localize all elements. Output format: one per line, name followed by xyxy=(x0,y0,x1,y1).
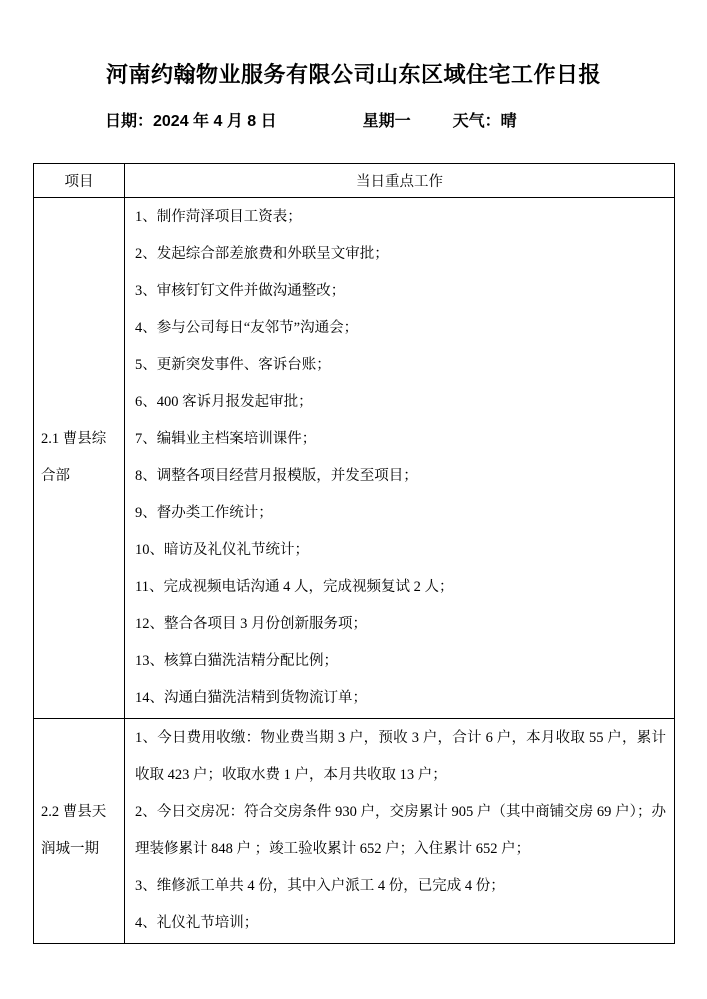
meta-line: 日期：2024 年 4 月 8 日星期一天气：晴 xyxy=(105,108,665,131)
table-header-row: 项目 当日重点工作 xyxy=(34,164,675,198)
work-item: 4、礼仪礼节培训； xyxy=(135,905,666,942)
work-item: 14、沟通白猫洗洁精到货物流订单； xyxy=(135,680,666,717)
work-item: 4、参与公司每日“友邻节”沟通会； xyxy=(135,310,666,347)
work-item: 2、今日交房况：符合交房条件 930 户，交房累计 905 户（其中商铺交房 6… xyxy=(135,794,666,868)
work-item: 7、编辑业主档案培训课件； xyxy=(135,421,666,458)
column-header-project: 项目 xyxy=(34,164,125,198)
table-row: 2.2 曹县天润城一期1、今日费用收缴：物业费当期 3 户，预收 3 户，合计 … xyxy=(34,719,675,944)
weather-label: 天气：晴 xyxy=(453,113,517,130)
weekday-label: 星期一 xyxy=(363,113,411,130)
page-title: 河南约翰物业服务有限公司山东区域住宅工作日报 xyxy=(0,58,707,89)
work-item: 11、完成视频电话沟通 4 人，完成视频复试 2 人； xyxy=(135,569,666,606)
work-item: 3、审核钉钉文件并做沟通整改； xyxy=(135,273,666,310)
work-item: 1、制作菏泽项目工资表； xyxy=(135,199,666,236)
work-item: 12、整合各项目 3 月份创新服务项； xyxy=(135,606,666,643)
project-cell: 2.2 曹县天润城一期 xyxy=(34,719,125,944)
work-item: 6、400 客诉月报发起审批； xyxy=(135,384,666,421)
work-cell: 1、今日费用收缴：物业费当期 3 户，预收 3 户，合计 6 户，本月收取 55… xyxy=(125,719,675,944)
work-cell: 1、制作菏泽项目工资表；2、发起综合部差旅费和外联呈文审批；3、审核钉钉文件并做… xyxy=(125,198,675,719)
table-row: 2.1 曹县综合部1、制作菏泽项目工资表；2、发起综合部差旅费和外联呈文审批；3… xyxy=(34,198,675,719)
work-item: 8、调整各项目经营月报模版，并发至项目； xyxy=(135,458,666,495)
work-item: 2、发起综合部差旅费和外联呈文审批； xyxy=(135,236,666,273)
work-item: 13、核算白猫洗洁精分配比例； xyxy=(135,643,666,680)
document-page: 河南约翰物业服务有限公司山东区域住宅工作日报 日期：2024 年 4 月 8 日… xyxy=(0,0,707,999)
date-label: 日期：2024 年 4 月 8 日 xyxy=(105,113,277,130)
daily-report-table: 项目 当日重点工作 2.1 曹县综合部1、制作菏泽项目工资表；2、发起综合部差旅… xyxy=(33,163,675,944)
project-cell: 2.1 曹县综合部 xyxy=(34,198,125,719)
work-item: 9、督办类工作统计； xyxy=(135,495,666,532)
column-header-work: 当日重点工作 xyxy=(125,164,675,198)
work-item: 1、今日费用收缴：物业费当期 3 户，预收 3 户，合计 6 户，本月收取 55… xyxy=(135,720,666,794)
work-item: 5、更新突发事件、客诉台账； xyxy=(135,347,666,384)
work-item: 3、维修派工单共 4 份，其中入户派工 4 份，已完成 4 份； xyxy=(135,868,666,905)
work-item: 10、暗访及礼仪礼节统计； xyxy=(135,532,666,569)
